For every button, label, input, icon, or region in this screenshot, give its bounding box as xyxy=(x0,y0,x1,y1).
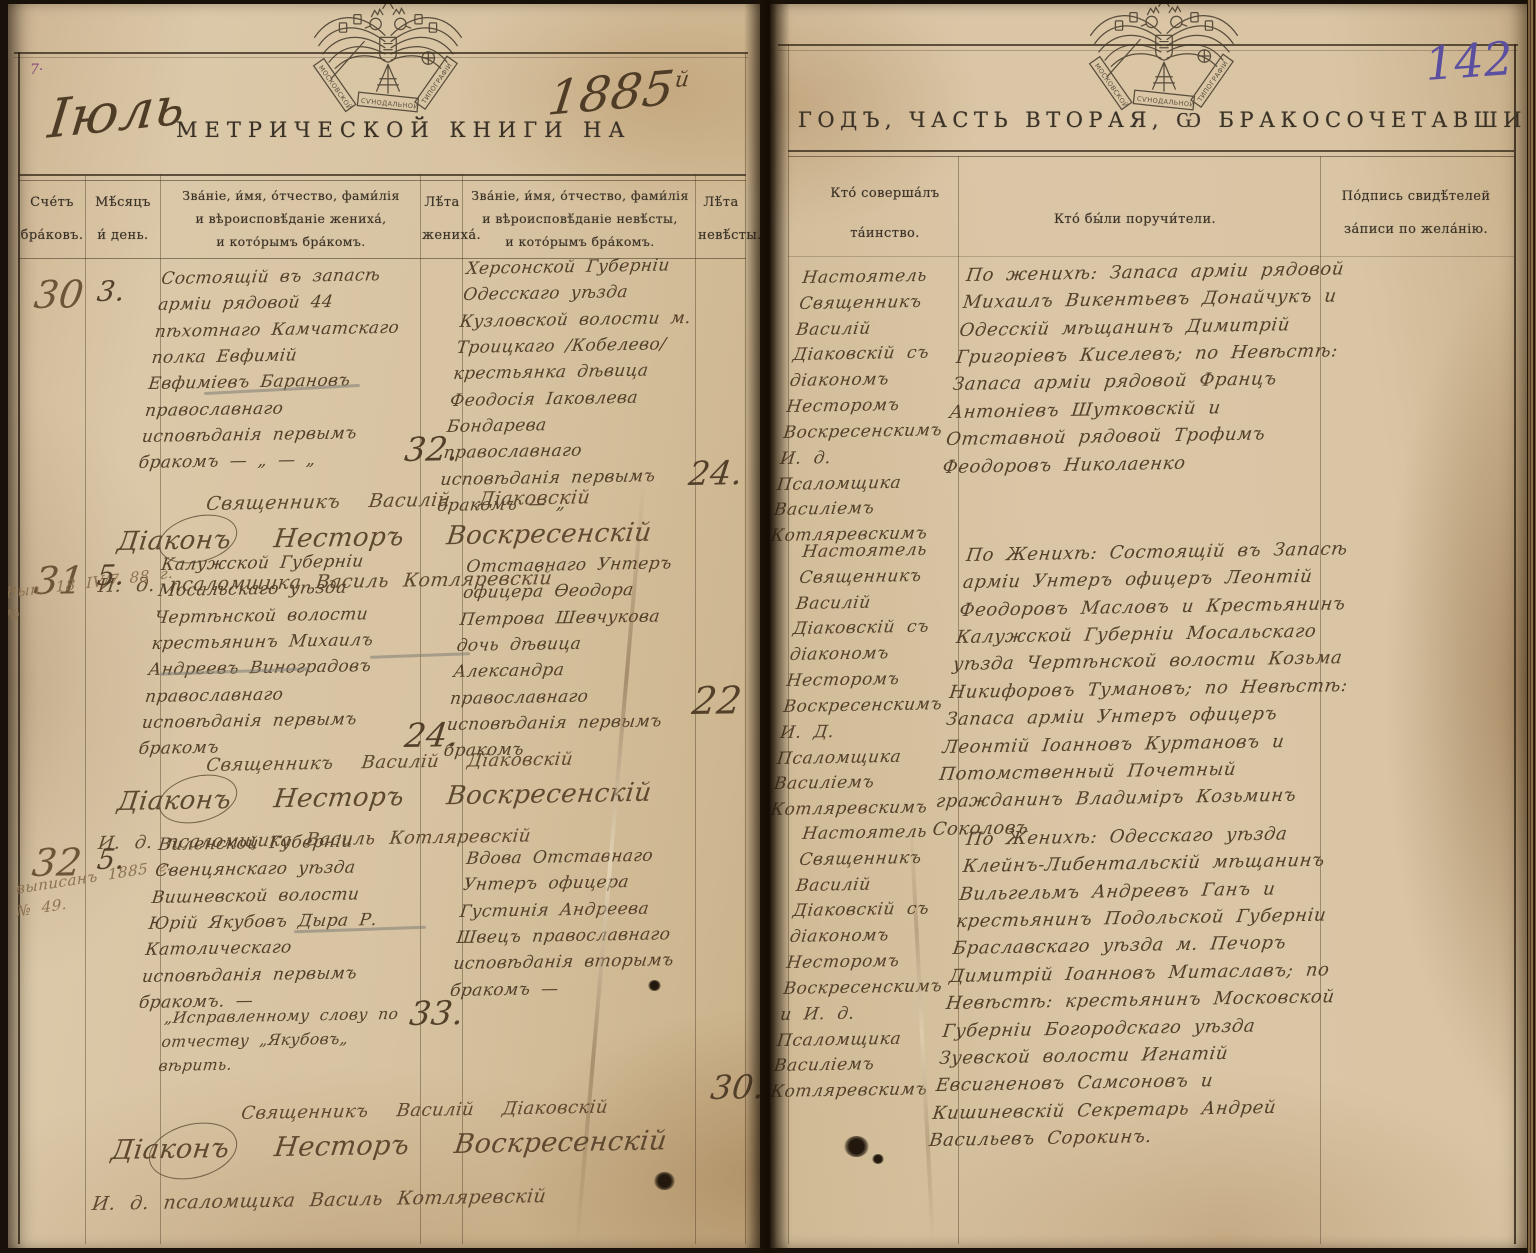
synodal-typography-emblem-icon: МОСКОВСКОЙ СѴНОДАЛЬНОЙ ТИПОГРАФІИ xyxy=(300,4,476,118)
header-top-rule-inner xyxy=(18,180,746,181)
header-bride: Зва́ніе, и́мя, о́тчество, фами́лія и вѣр… xyxy=(466,184,694,253)
header-groom-age: Лѣ́та жениха́. xyxy=(422,186,462,252)
emblem-ribbon-left: МОСКОВСКОЙ xyxy=(317,63,355,111)
emblem-ribbon-left: МОСКОВСКОЙ xyxy=(1093,61,1131,109)
entry-date: 5. xyxy=(95,554,128,598)
header-bottom-rule xyxy=(788,256,1514,257)
synodal-typography-emblem-icon: МОСКОВСКОЙ СѴНОДАЛЬНОЙ ТИПОГРАФІИ xyxy=(1076,4,1252,116)
entry-date: 5. xyxy=(95,838,128,882)
frame-right-rule xyxy=(1514,44,1516,1244)
guarantors-entry: По женихѣ: Запаса арміи рядовой Михаилъ … xyxy=(941,255,1361,481)
entry-date: 3. xyxy=(95,270,128,314)
groom-correction-note: „Исправленному слову по отчеству „Якубов… xyxy=(157,1001,428,1078)
year-suffix: й xyxy=(673,67,691,93)
groom-description: Состоящій въ запасѣ арміи рядовой 44 пѣх… xyxy=(137,262,416,477)
header-groom: Зва́ніе, и́мя, о́тчество, фами́лія и вѣр… xyxy=(164,184,418,253)
header-count: Сче́тъ бра́ковъ. xyxy=(20,186,84,252)
stray-ink-mark: 7· xyxy=(30,62,43,78)
bride-description: Отставнаго Унтеръ офицера Ѳеодора Петров… xyxy=(442,550,703,765)
guarantors-entry: По Женихѣ: Одесскаго уѣзда Клейнъ-Либент… xyxy=(928,819,1369,1154)
deacon-signature: Діаконъ Несторъ Воскресенскій xyxy=(115,773,654,823)
year-handwritten: 1885й xyxy=(544,50,693,136)
emblem-ribbon-right: ТИПОГРАФІИ xyxy=(1195,59,1229,103)
title-bottom-rule-inner xyxy=(788,156,1514,157)
celebrant-entry: Настоятель Священникъ Василій Діаковскій… xyxy=(770,819,956,1106)
ink-blot xyxy=(648,980,661,991)
bride-age: 22 xyxy=(689,671,746,731)
worm-hole xyxy=(654,1172,675,1190)
column-rule xyxy=(85,174,86,1244)
bride-age: 24. xyxy=(686,447,746,499)
page-number: 142 xyxy=(1423,31,1514,91)
header-celebrant: Кто́ соверша́лъ та́инство. xyxy=(810,174,960,255)
header-bride-age: Лѣ́та невѣ́сты. xyxy=(698,186,744,252)
header-top-rule xyxy=(18,174,746,176)
year-value: 1885 xyxy=(545,60,678,127)
emblem-ribbon-right: ТИПОГРАФІИ xyxy=(419,61,453,105)
celebrant-entry: Настоятель Священникъ Василій Діаковскій… xyxy=(770,263,956,550)
month-handwritten: Іюль xyxy=(44,64,189,161)
metric-book-spread: МОСКОВСКОЙ СѴНОДАЛЬНОЙ ТИПОГРАФІИ 7· Іюл… xyxy=(0,0,1536,1253)
psalmist-signature: И. д. псаломщика Василь Котляревскій xyxy=(90,1182,548,1219)
header-date: Мѣ́сяцъ и́ день. xyxy=(88,186,158,252)
header-signature: По́дпись свидѣ́телей за́писи по жела́нію… xyxy=(1326,180,1506,246)
right-page-title: ГОДЪ, ЧАСТЬ ВТОРАЯ, Ѡ БРАКОСОЧЕТАВШИХСЯ. xyxy=(798,108,1528,133)
page-fore-edge xyxy=(1527,0,1536,1253)
header-guarantors: Кто́ бы́ли поручи́тели. xyxy=(970,212,1300,227)
groom-description: Виленской Губерніи Свенцянскаго уѣзда Ви… xyxy=(137,827,418,1016)
bride-age: 30. xyxy=(708,1061,760,1113)
left-page: МОСКОВСКОЙ СѴНОДАЛЬНОЙ ТИПОГРАФІИ 7· Іюл… xyxy=(8,4,760,1248)
bride-description: Херсонской Губерніи Одесскаго уѣзда Кузл… xyxy=(436,252,707,520)
celebrant-entry: Настоятель Священникъ Василій Діаковскій… xyxy=(770,537,956,824)
entry-number: 30 xyxy=(31,265,88,325)
right-page: МОСКОВСКОЙ СѴНОДАЛЬНОЙ ТИПОГРАФІИ 142 ГО… xyxy=(770,4,1528,1248)
guarantors-entry: По Женихѣ: Состоящій въ Запасѣ арміи Унт… xyxy=(931,535,1369,843)
ink-blot xyxy=(872,1154,884,1164)
worm-hole xyxy=(844,1136,869,1157)
bride-description: Вдова Отставнаго Унтеръ офицера Густинія… xyxy=(449,842,701,1004)
title-bottom-rule xyxy=(788,150,1514,152)
